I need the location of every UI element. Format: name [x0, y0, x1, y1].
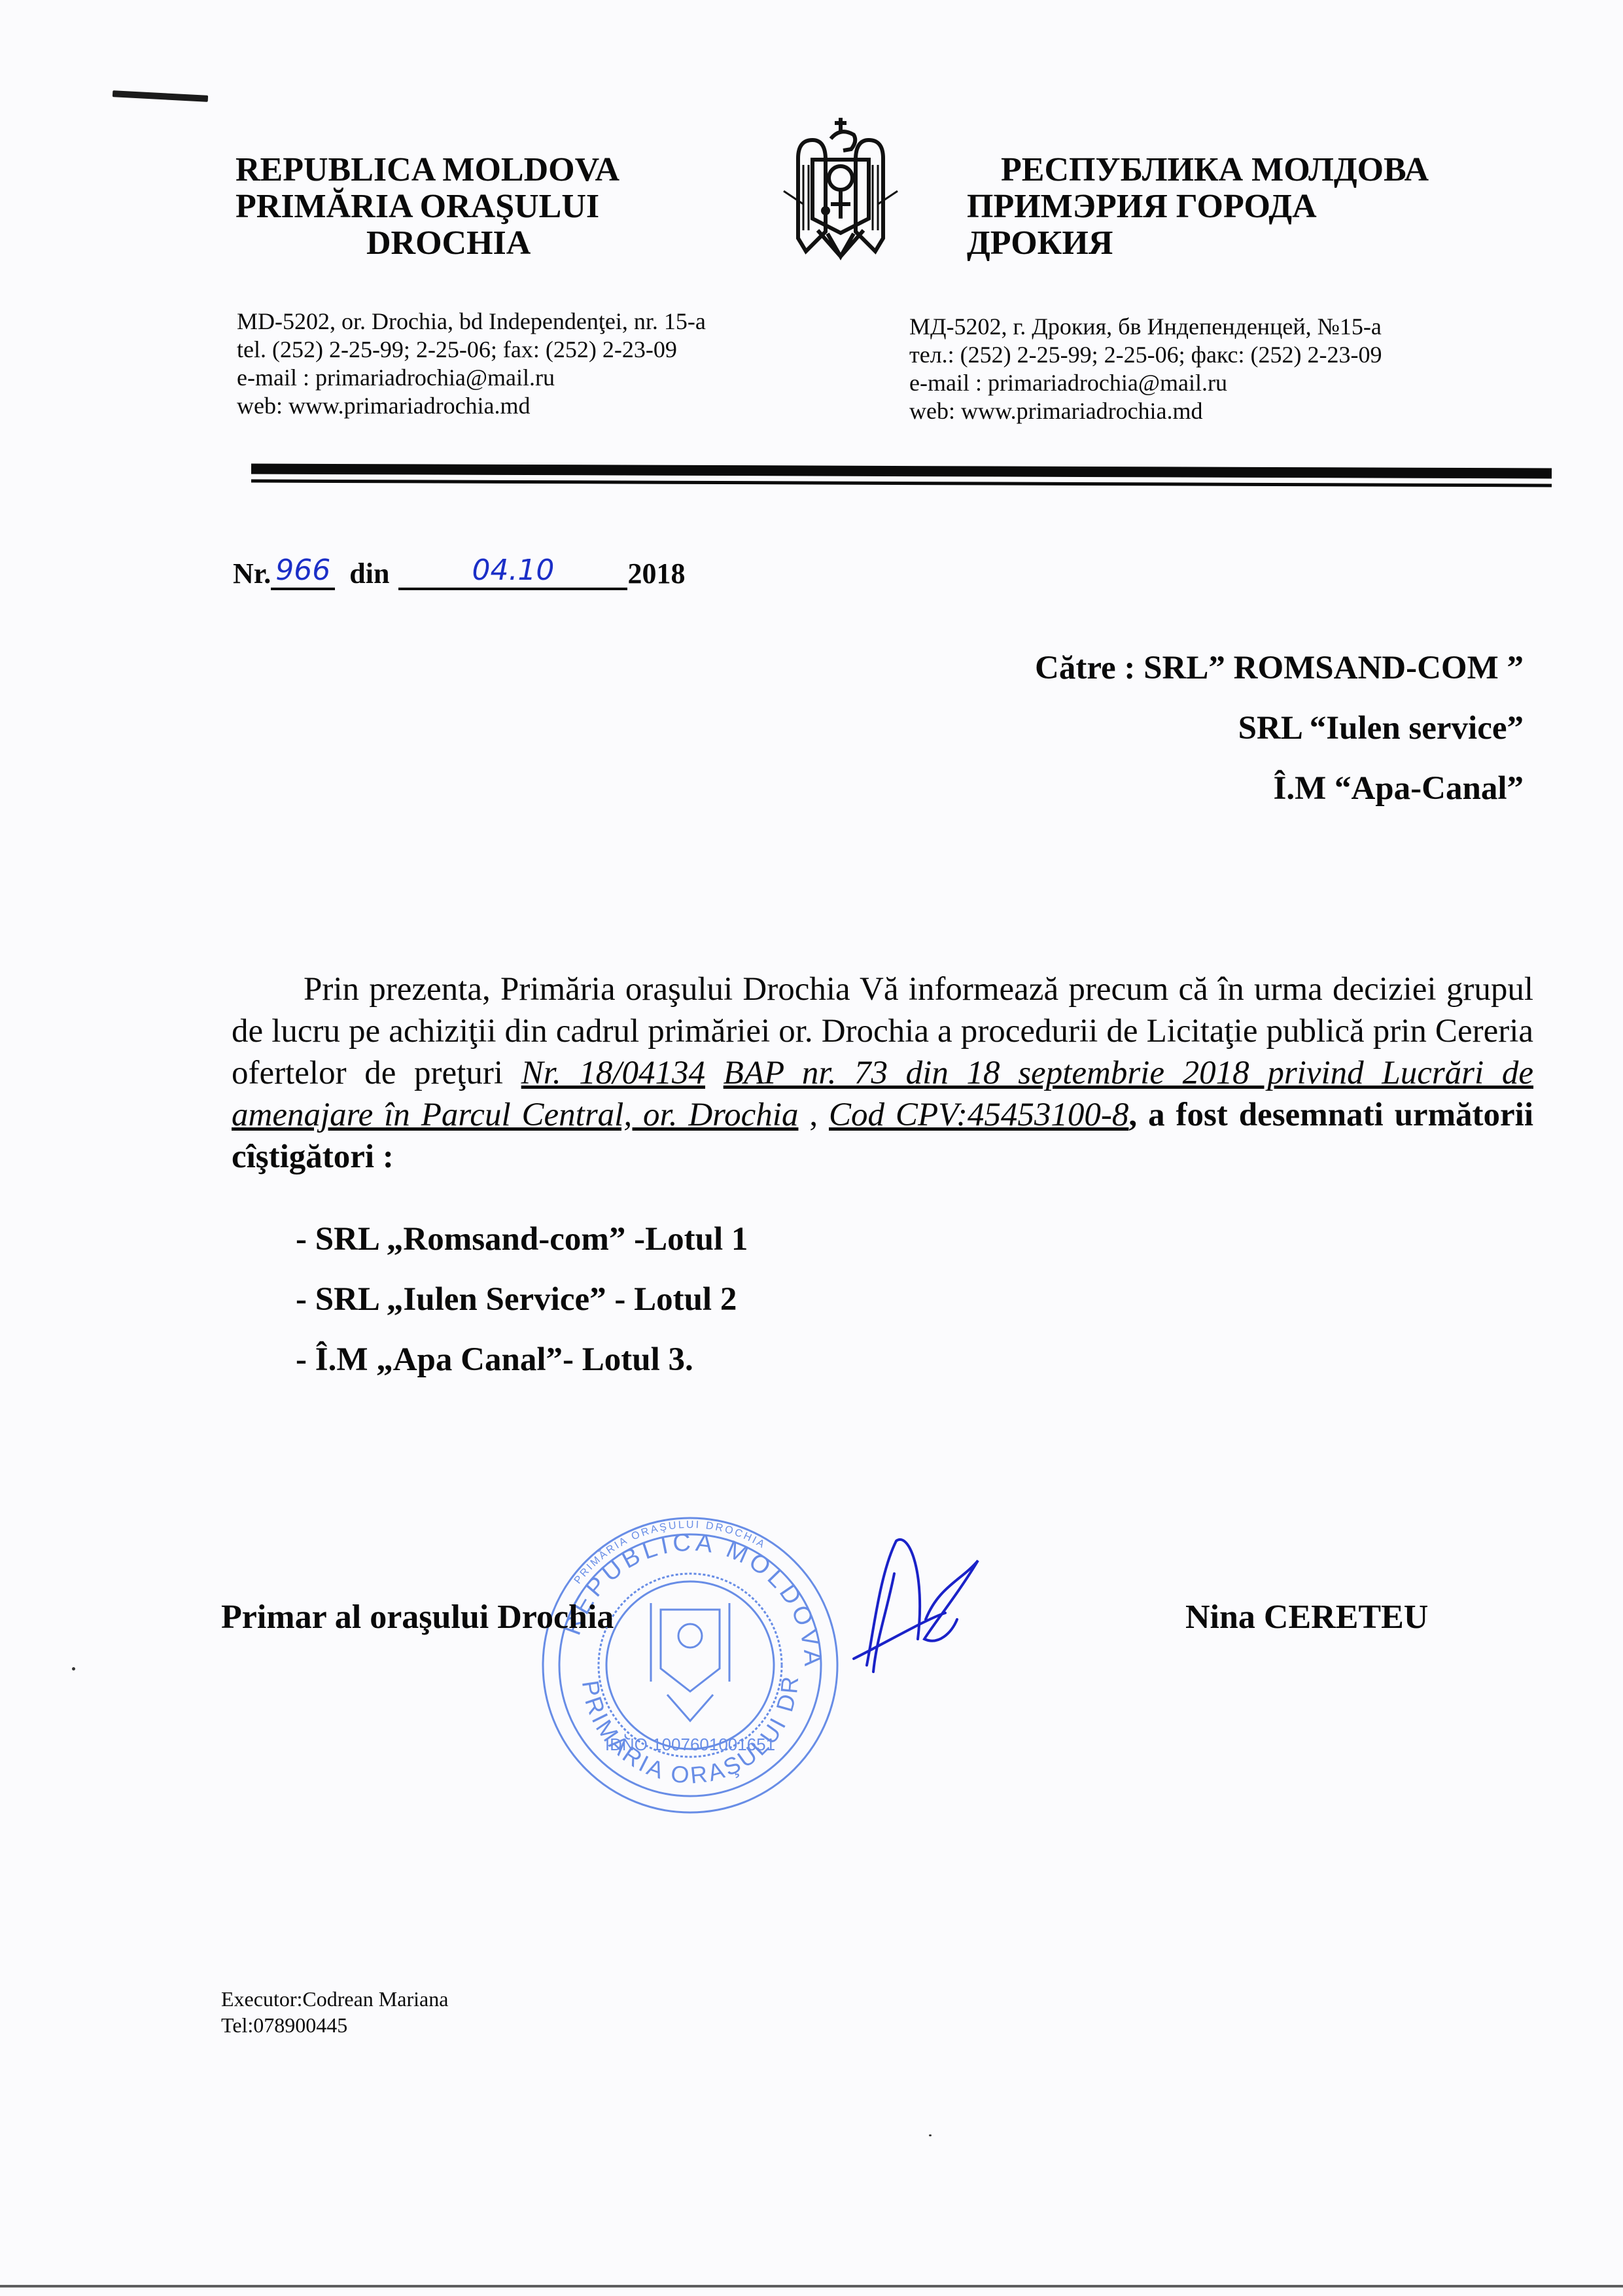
addressee-1: Către : SRL” ROMSAND-COM ”	[1035, 638, 1524, 698]
email-ru: e-mail : primariadrochia@mail.ru	[909, 369, 1382, 397]
header-rule-thin	[251, 480, 1552, 487]
winner-item: - SRL „Iulen Service” - Lotul 2	[296, 1269, 748, 1330]
winners-list: - SRL „Romsand-com” -Lotul 1 - SRL „Iule…	[296, 1209, 748, 1390]
svg-text:IDNO 1007601001651: IDNO 1007601001651	[605, 1735, 775, 1754]
coat-of-arms-icon	[772, 113, 909, 263]
executor-name: Executor:Codrean Mariana	[221, 1986, 448, 2012]
addressee-2: SRL “Iulen service”	[1035, 698, 1524, 758]
country-ro: REPUBLICA MOLDOVA	[236, 152, 620, 188]
address-ru: МД-5202, г. Дрокия, бв Индепенденцей, №1…	[909, 313, 1382, 341]
din-label: din	[349, 557, 389, 590]
address-ro: MD-5202, or. Drochia, bd Independenţei, …	[237, 308, 706, 336]
scan-binder-mark	[113, 90, 208, 102]
signer-name: Nina CERETEU	[1185, 1598, 1428, 1636]
handwritten-signature-icon	[847, 1534, 1004, 1685]
official-stamp-icon: REPUBLICA MOLDOVA PRIMĂRIA ORAŞULUI DROC…	[536, 1511, 844, 1819]
winner-item: - Î.M „Apa Canal”- Lotul 3.	[296, 1330, 748, 1390]
body-paragraph: Prin prezenta, Primăria oraşului Drochia…	[232, 968, 1533, 1178]
ref-separator: ,	[798, 1097, 829, 1133]
executor-phone: Tel:078900445	[221, 2012, 448, 2038]
scan-speck	[72, 1667, 75, 1670]
header-right-title: РЕСПУБЛИКА МОЛДОВА ПРИМЭРИЯ ГОРОДА ДРОКИ…	[967, 152, 1429, 262]
contact-block-ru: МД-5202, г. Дрокия, бв Индепенденцей, №1…	[909, 313, 1382, 425]
phone-ro: tel. (252) 2-25-99; 2-25-06; fax: (252) …	[237, 336, 706, 364]
nr-label: Nr.	[233, 557, 271, 590]
phone-ru: тел.: (252) 2-25-99; 2-25-06; факс: (252…	[909, 341, 1382, 369]
city-ru: ДРОКИЯ	[967, 225, 1429, 262]
winner-item: - SRL „Romsand-com” -Lotul 1	[296, 1209, 748, 1269]
date-value: 04.10	[398, 555, 627, 590]
registration-line: Nr. 966 din 04.10 2018	[233, 555, 685, 590]
web-ro: web: www.primariadrochia.md	[237, 392, 706, 420]
header-rule-thick	[251, 464, 1552, 479]
scan-speck	[929, 2134, 932, 2136]
nr-value: 966	[271, 555, 335, 590]
institution-ro: PRIMĂRIA ORAŞULUI	[236, 188, 620, 225]
header-left-title: REPUBLICA MOLDOVA PRIMĂRIA ORAŞULUI DROC…	[236, 152, 620, 262]
executor-block: Executor:Codrean Mariana Tel:078900445	[221, 1986, 448, 2038]
addressees: Către : SRL” ROMSAND-COM ” SRL “Iulen se…	[1035, 638, 1524, 819]
addressee-3: Î.M “Apa-Canal”	[1035, 758, 1524, 819]
web-ru: web: www.primariadrochia.md	[909, 397, 1382, 425]
contact-block-ro: MD-5202, or. Drochia, bd Independenţei, …	[237, 308, 706, 420]
year: 2018	[627, 557, 685, 590]
signer-title: Primar al oraşului Drochia	[221, 1598, 614, 1636]
ref-cpv: Cod CPV:45453100-8	[829, 1097, 1128, 1133]
page-bottom-edge	[0, 2285, 1623, 2287]
email-ro: e-mail : primariadrochia@mail.ru	[237, 364, 706, 392]
country-ru: РЕСПУБЛИКА МОЛДОВА	[967, 152, 1429, 188]
institution-ru: ПРИМЭРИЯ ГОРОДА	[967, 188, 1429, 225]
ref-number: Nr. 18/04134	[521, 1055, 705, 1091]
city-ro: DROCHIA	[236, 225, 620, 262]
